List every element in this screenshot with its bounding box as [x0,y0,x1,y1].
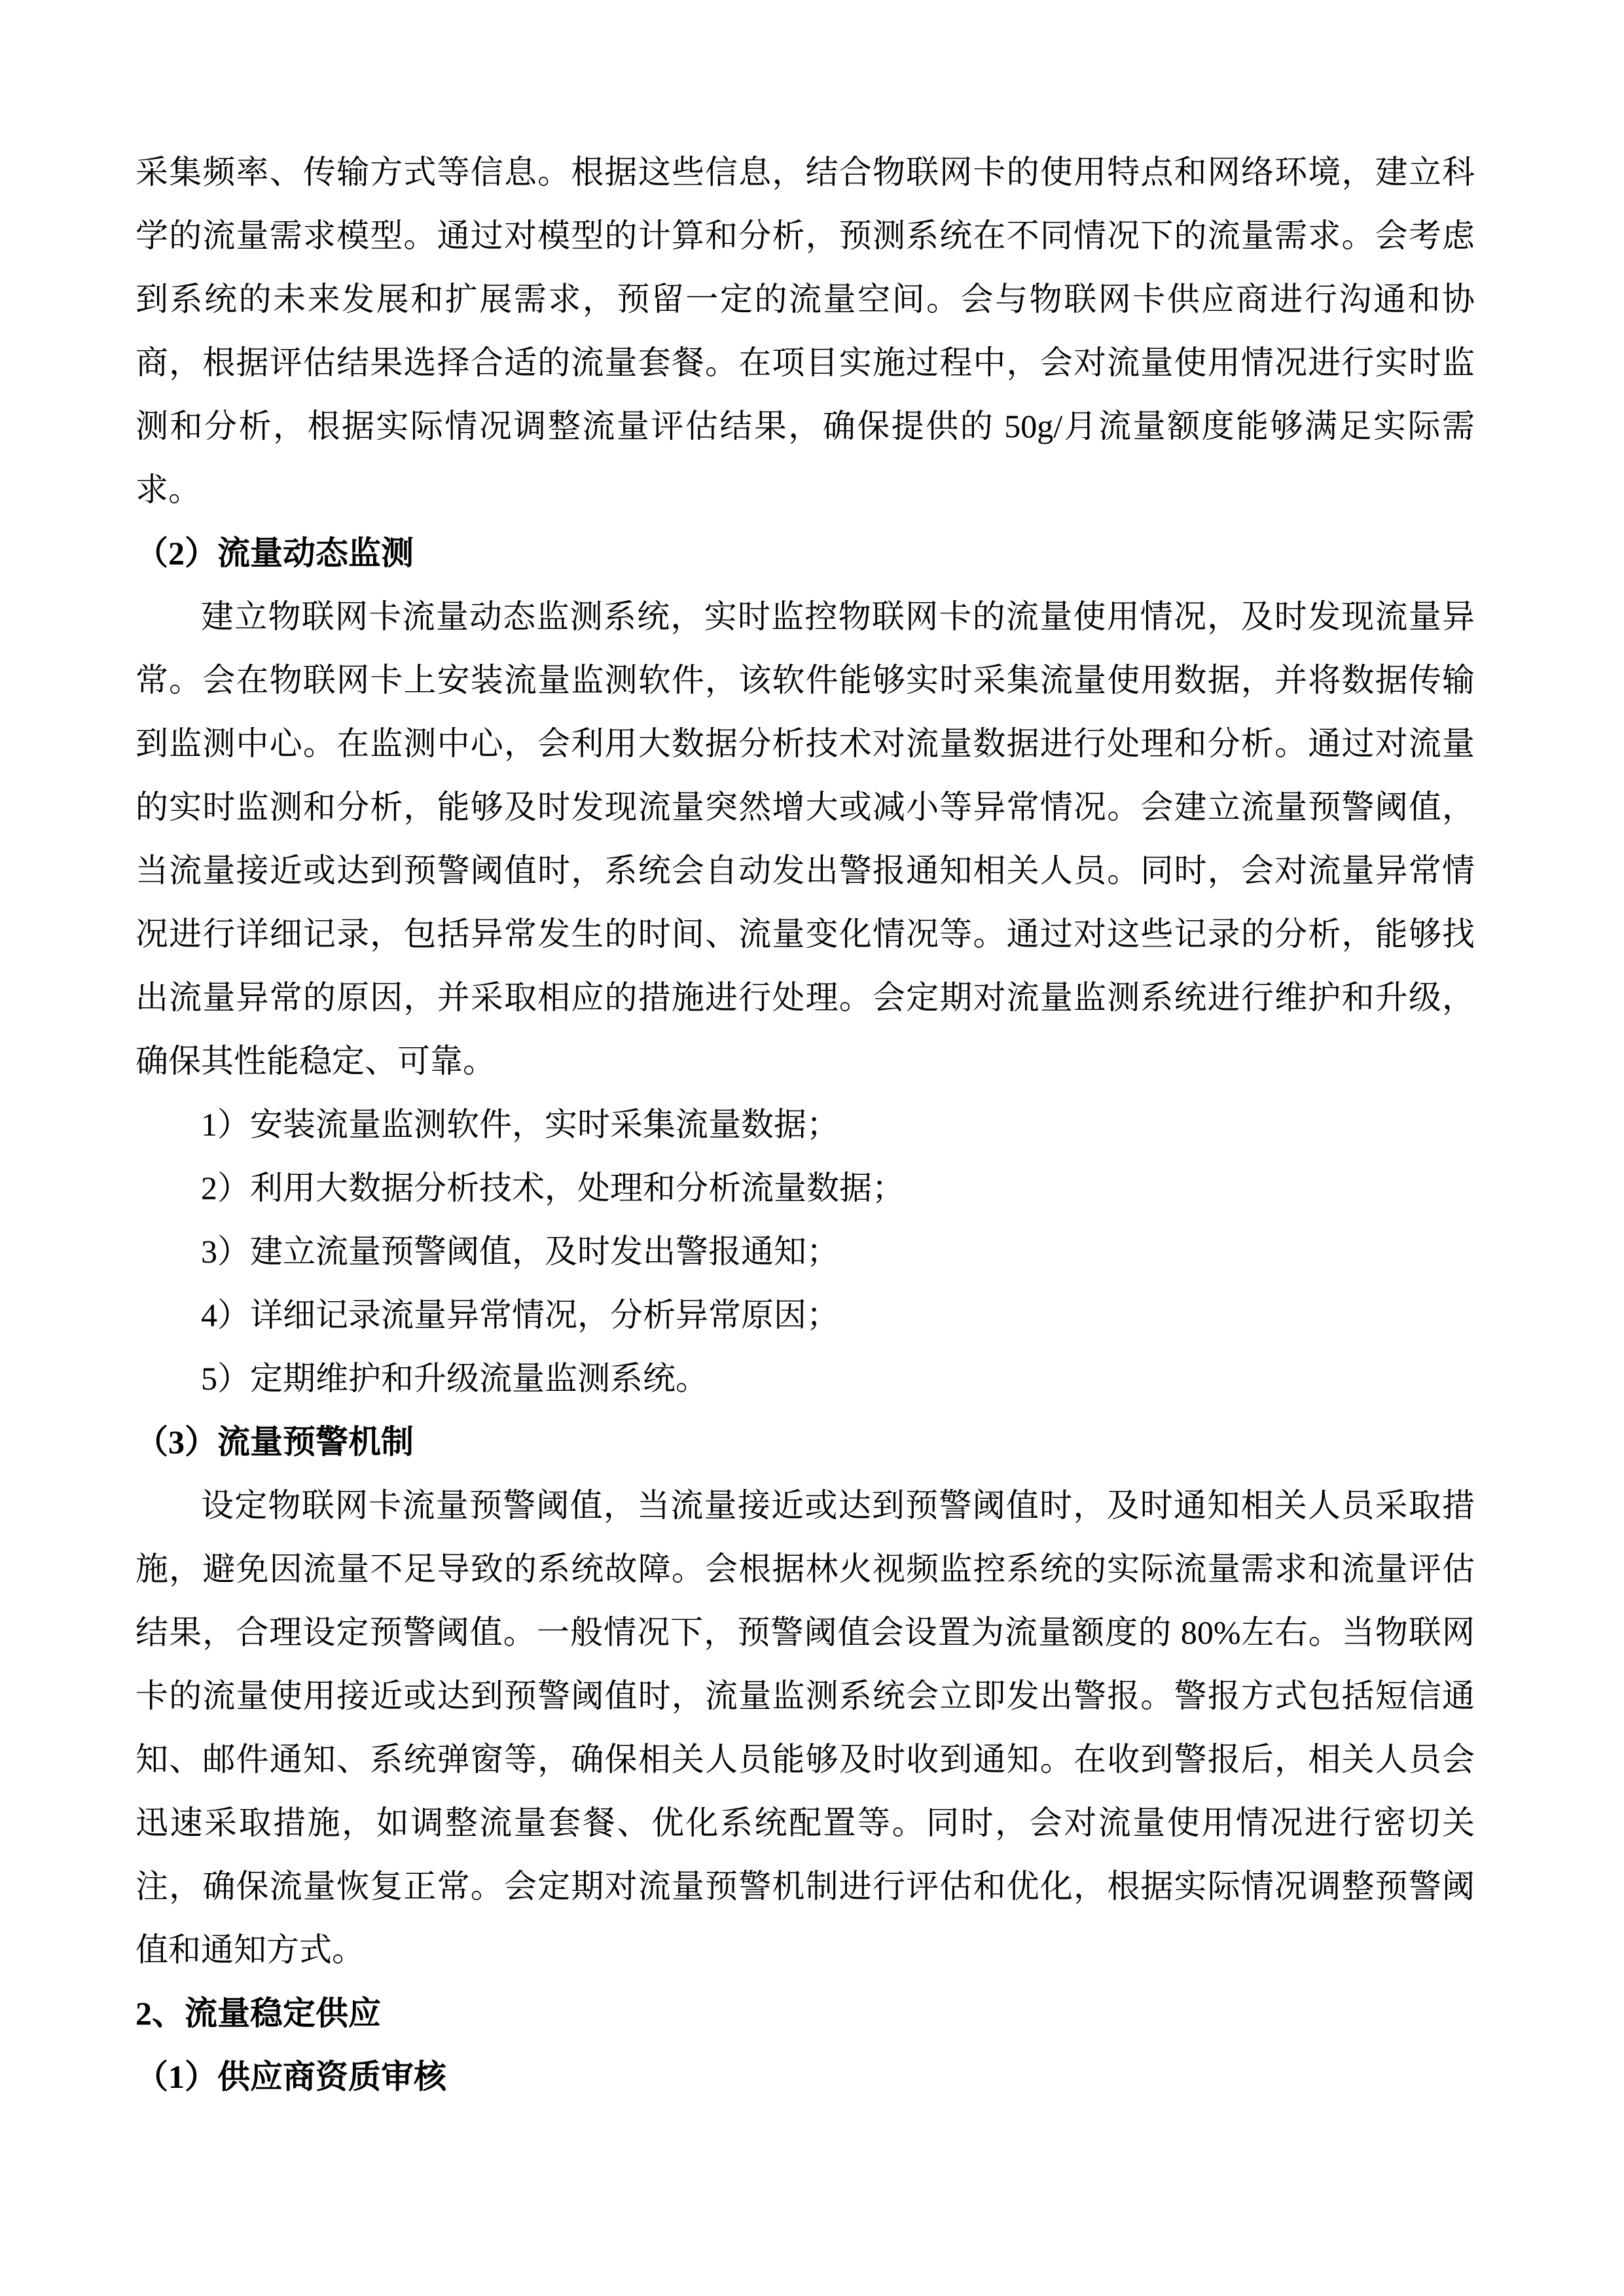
section-heading-traffic-warning-mechanism: （3）流量预警机制 [135,1410,1475,1474]
numbered-item-3: 3）建立流量预警阈值，及时发出警报通知； [201,1220,1475,1283]
body-paragraph-warning-threshold: 设定物联网卡流量预警阈值，当流量接近或达到预警阈值时，及时通知相关人员采取措施，… [135,1474,1475,1982]
chapter-heading-stable-traffic-supply: 2、流量稳定供应 [135,1982,1475,2045]
document-page: 采集频率、传输方式等信息。根据这些信息，结合物联网卡的使用特点和网络环境，建立科… [0,0,1624,2296]
numbered-item-4: 4）详细记录流量异常情况，分析异常原因； [201,1283,1475,1347]
body-paragraph-monitoring-system: 建立物联网卡流量动态监测系统，实时监控物联网卡的流量使用情况，及时发现流量异常。… [135,585,1475,1093]
section-heading-supplier-qualification-review: （1）供应商资质审核 [135,2045,1475,2109]
body-paragraph-traffic-assessment: 采集频率、传输方式等信息。根据这些信息，结合物联网卡的使用特点和网络环境，建立科… [135,141,1475,522]
numbered-item-2: 2）利用大数据分析技术，处理和分析流量数据； [201,1157,1475,1220]
numbered-item-1: 1）安装流量监测软件，实时采集流量数据； [201,1093,1475,1157]
section-heading-traffic-dynamic-monitoring: （2）流量动态监测 [135,522,1475,585]
numbered-item-5: 5）定期维护和升级流量监测系统。 [201,1347,1475,1410]
